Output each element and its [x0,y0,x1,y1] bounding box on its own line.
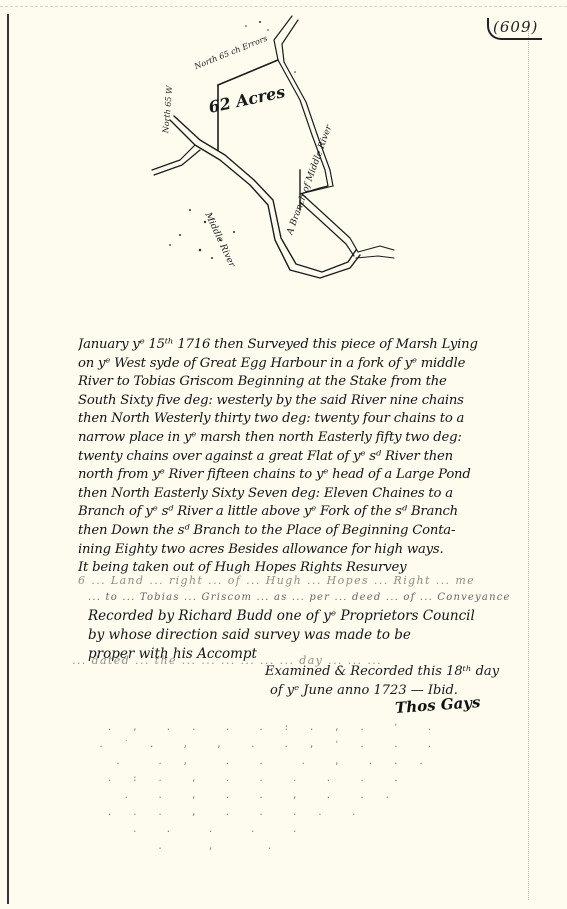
survey-description: January yᵉ 15ᵗʰ 1716 then Surveyed this … [78,336,534,578]
plat-drawing [150,10,410,285]
survey-line: South Sixty five deg: westerly by the sa… [78,392,534,411]
left-margin-rule [7,14,9,904]
survey-line: twenty chains over against a great Flat … [78,448,534,467]
survey-line: January yᵉ 15ᵗʰ 1716 then Surveyed this … [78,336,534,355]
faded-line: 6 ... Land ... right ... of ... Hugh ...… [78,572,534,589]
recorded-line: Recorded by Richard Budd one of yᵉ Propr… [88,607,538,626]
survey-line: then North Westerly thirty two deg: twen… [78,410,534,429]
faded-bottom-text: . , . . . . : . , . ' . . ˙ . , , . . , … [90,720,510,890]
document-page: (609) [0,0,567,909]
survey-line: then Down the sᵈ Branch to the Place of … [78,522,534,541]
faded-line: ... to ... Tobias ... Griscom ... as ...… [88,588,538,607]
recorded-line: by whose direction said survey was made … [88,626,538,645]
survey-plat-map: 62 Acres North 65 ch Errors North 65 W A… [150,10,410,285]
survey-line: River to Tobias Griscom Beginning at the… [78,373,534,392]
north-boundary-line [218,60,278,85]
survey-line: ining Eighty two acres Besides allowance… [78,541,534,560]
survey-line: on yᵉ West syde of Great Egg Harbour in … [78,355,534,374]
folio-number: (609) [487,18,542,40]
faded-text-block: 6 ... Land ... right ... of ... Hugh ...… [78,572,534,589]
survey-line: narrow place in yᵉ marsh then north East… [78,429,534,448]
examined-date-line: Examined & Recorded this 18ᵗʰ day [265,664,545,679]
survey-line: north from yᵉ River fifteen chains to yᵉ… [78,466,534,485]
survey-line: Branch of yᵉ sᵈ River a little above yᵉ … [78,503,534,522]
recording-note: ... to ... Tobias ... Griscom ... as ...… [88,588,538,664]
recorded-line: proper with his Accompt [88,645,538,664]
survey-line: then North Easterly Sixty Seven deg: Ele… [78,485,534,504]
